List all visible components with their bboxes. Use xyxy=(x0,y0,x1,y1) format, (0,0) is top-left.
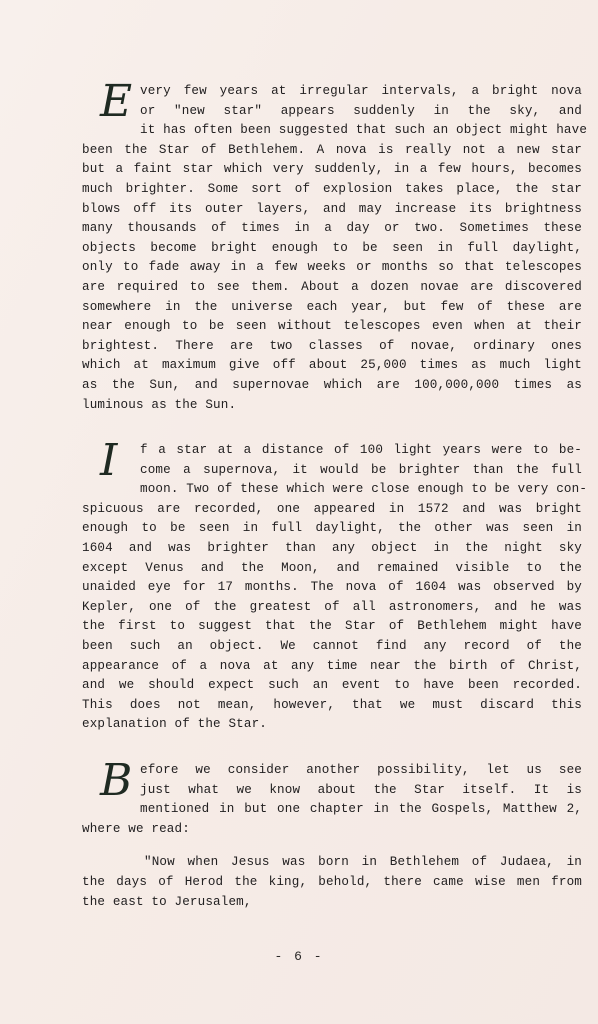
text-line: unaided eye for 17 months. The nova of 1… xyxy=(82,578,582,598)
quote-line: "Now when Jesus was born in Bethlehem of… xyxy=(82,853,582,873)
text-line: brightest. There are two classes of nova… xyxy=(82,337,582,357)
quote-line: the days of Herod the king, behold, ther… xyxy=(82,873,582,893)
paragraph-supernova: I f a star at a distance of 100 light ye… xyxy=(82,441,582,735)
page-number: - 6 - xyxy=(0,949,598,964)
text-line: enough to be seen in full daylight, the … xyxy=(82,519,582,539)
text-line: just what we know about the Star itself.… xyxy=(82,781,582,801)
text-line: except Venus and the Moon, and remained … xyxy=(82,559,582,579)
text-line: which at maximum give off about 25,000 t… xyxy=(82,356,582,376)
text-line: and we should expect such an event to ha… xyxy=(82,676,582,696)
text-line: very few years at irregular intervals, a… xyxy=(82,82,582,102)
text-line: 1604 and was brighter than any object in… xyxy=(82,539,582,559)
text-line: moon. Two of these which were close enou… xyxy=(82,480,582,500)
text-line: Kepler, one of the greatest of all astro… xyxy=(82,598,582,618)
text-line: are required to see them. About a dozen … xyxy=(82,278,582,298)
paragraph-novae: E very few years at irregular intervals,… xyxy=(82,82,582,415)
text-line: near enough to be seen without telescope… xyxy=(82,317,582,337)
text-line: been such an object. We cannot find any … xyxy=(82,637,582,657)
text-line: or "new star" appears suddenly in the sk… xyxy=(82,102,582,122)
paragraph-matthew-quote: "Now when Jesus was born in Bethlehem of… xyxy=(82,853,582,912)
drop-cap-i: I xyxy=(100,441,140,481)
text-line: somewhere in the universe each year, but… xyxy=(82,298,582,318)
text-line: mentioned in but one chapter in the Gosp… xyxy=(82,800,582,820)
paragraph-star-itself: B efore we consider another possibility,… xyxy=(82,761,582,839)
text-line: been the Star of Bethlehem. A nova is re… xyxy=(82,141,582,161)
document-page: E very few years at irregular intervals,… xyxy=(0,0,598,1024)
text-line: efore we consider another possibility, l… xyxy=(82,761,582,781)
text-line: This does not mean, however, that we mus… xyxy=(82,696,582,716)
text-line: the first to suggest that the Star of Be… xyxy=(82,617,582,637)
text-line: spicuous are recorded, one appeared in 1… xyxy=(82,500,582,520)
quote-line: the east to Jerusalem, xyxy=(82,893,582,913)
text-line: come a supernova, it would be brighter t… xyxy=(82,461,582,481)
text-line: many thousands of times in a day or two.… xyxy=(82,219,582,239)
text-line: appearance of a nova at any time near th… xyxy=(82,657,582,677)
text-line: only to fade away in a few weeks or mont… xyxy=(82,258,582,278)
text-line: objects become bright enough to be seen … xyxy=(82,239,582,259)
text-line: but a faint star which very suddenly, in… xyxy=(82,160,582,180)
drop-cap-b: B xyxy=(100,761,140,801)
text-line: where we read: xyxy=(82,820,582,840)
text-line: blows off its outer layers, and may incr… xyxy=(82,200,582,220)
text-column: E very few years at irregular intervals,… xyxy=(82,82,582,938)
text-line: it has often been suggested that such an… xyxy=(82,121,582,141)
text-line: as the Sun, and supernovae which are 100… xyxy=(82,376,582,396)
text-line: luminous as the Sun. xyxy=(82,396,582,416)
drop-cap-e: E xyxy=(100,82,140,122)
text-line: explanation of the Star. xyxy=(82,715,582,735)
text-line: much brighter. Some sort of explosion ta… xyxy=(82,180,582,200)
text-line: f a star at a distance of 100 light year… xyxy=(82,441,582,461)
